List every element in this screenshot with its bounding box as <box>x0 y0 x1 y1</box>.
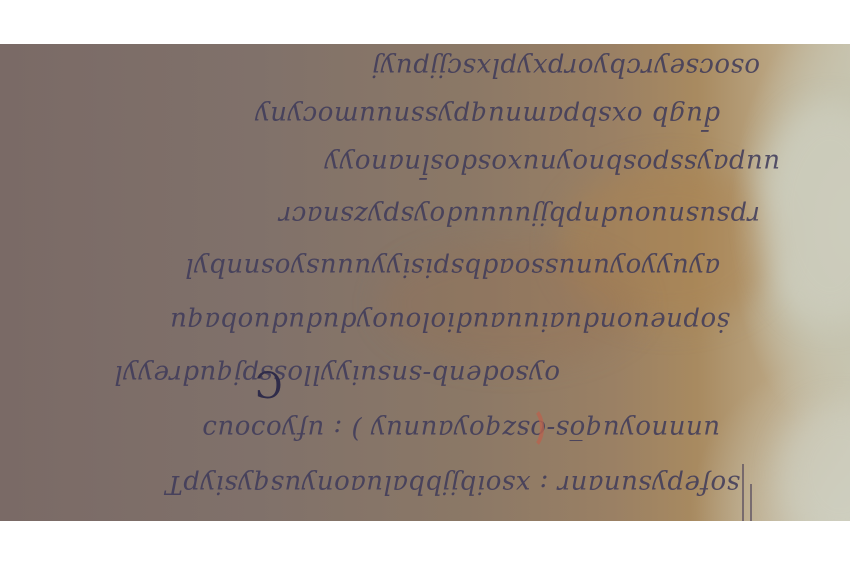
text-line-3: uupayssposbnoynuxosdosl̄nanoyy <box>0 148 780 178</box>
text-line-5: ayuyyoyunussoadbspisiyyuuusyosnnbyl <box>0 252 720 282</box>
vellum-patch <box>760 104 850 324</box>
manuscript-photo: osocseyrcbyorpxyplxscjjpuyj d̄ugb oxsbpa… <box>0 44 850 521</box>
margin-rule <box>742 464 744 521</box>
rubricated-initial <box>516 406 544 450</box>
margin-rule <box>750 484 752 521</box>
text-line-9: sofepysunanr : xsoibjjbbaluaonyusqysiypT <box>0 469 740 499</box>
text-line-1: osocseyrcbyorpxyplxscjjpuyj <box>0 52 760 82</box>
text-line-8: unnnoyuqo̅s-oszqoyaunuy ) : ufyoɔouɔ <box>0 414 720 444</box>
text-line-2: d̄ugb oxsbpamnuqpyssnuumocyny <box>0 100 720 130</box>
text-line-4: rpsusnuoudnpbjjuuuudoyspyzsnacr <box>0 200 760 230</box>
large-initial: C <box>255 362 283 403</box>
vellum-patch <box>780 404 850 521</box>
text-line-6: ṡopneuonduaiuuaudiolouoydududuobaqu <box>0 306 730 336</box>
